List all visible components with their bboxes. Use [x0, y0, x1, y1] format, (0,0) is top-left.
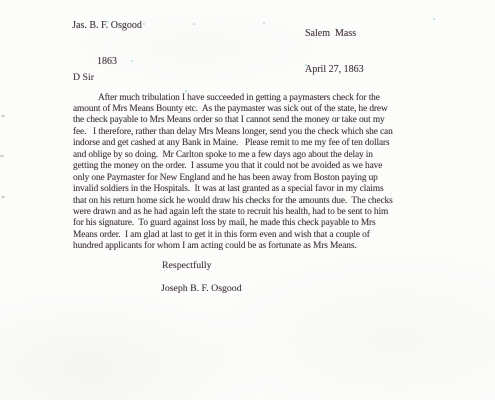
body-line: that on his return home sick he would dr…	[73, 196, 393, 207]
scan-speck	[305, 64, 307, 66]
body-line: for his signature. To guard against loss…	[73, 218, 393, 229]
body-line: amount of Mrs Means Bounty etc. As the p…	[73, 104, 393, 115]
scan-speck	[143, 23, 145, 25]
salutation: D Sir	[73, 72, 94, 83]
scan-smudge	[1, 115, 5, 117]
dateline-date: April 27, 1863	[305, 64, 364, 76]
annotation-year: 1863	[67, 56, 147, 68]
scan-speck	[433, 18, 435, 20]
scan-speck	[193, 23, 195, 25]
body-line: getting the money on the order. I assume…	[73, 161, 393, 172]
body-line: the check payable to Mrs Means order so …	[73, 115, 393, 126]
dateline: Salem Mass April 27, 1863	[305, 3, 364, 101]
scan-speck	[185, 90, 187, 92]
body-line: invalid soldiers in the Hospitals. It wa…	[73, 184, 393, 195]
body-line: and oblige by so doing. Mr Carlton spoke…	[73, 150, 393, 161]
body-line: After much tribulation I have succeeded …	[73, 93, 393, 104]
scan-smudge	[0, 155, 4, 157]
body-line: were drawn and as he had again left the …	[73, 207, 393, 218]
body-line: only one Paymaster for New England and h…	[73, 173, 393, 184]
dateline-place: Salem Mass	[305, 28, 364, 40]
closing: Respectfully	[162, 260, 212, 271]
scan-speck	[131, 60, 133, 62]
letter-body: After much tribulation I have succeeded …	[73, 93, 393, 253]
body-line: fee. I therefore, rather than delay Mrs …	[73, 127, 393, 138]
body-line: hundred applicants for whom I am acting …	[73, 241, 393, 252]
scan-smudge	[1, 196, 5, 198]
body-line: indorse and get cashed at any Bank in Ma…	[73, 138, 393, 149]
scan-speck	[263, 22, 265, 24]
signature: Joseph B. F. Osgood	[161, 283, 242, 294]
scan-speck	[107, 21, 109, 23]
body-line: Means order. I am glad at last to get it…	[73, 230, 393, 241]
scanned-letter-page: Jas. B. F. Osgood 1863 Salem Mass April …	[0, 0, 495, 400]
